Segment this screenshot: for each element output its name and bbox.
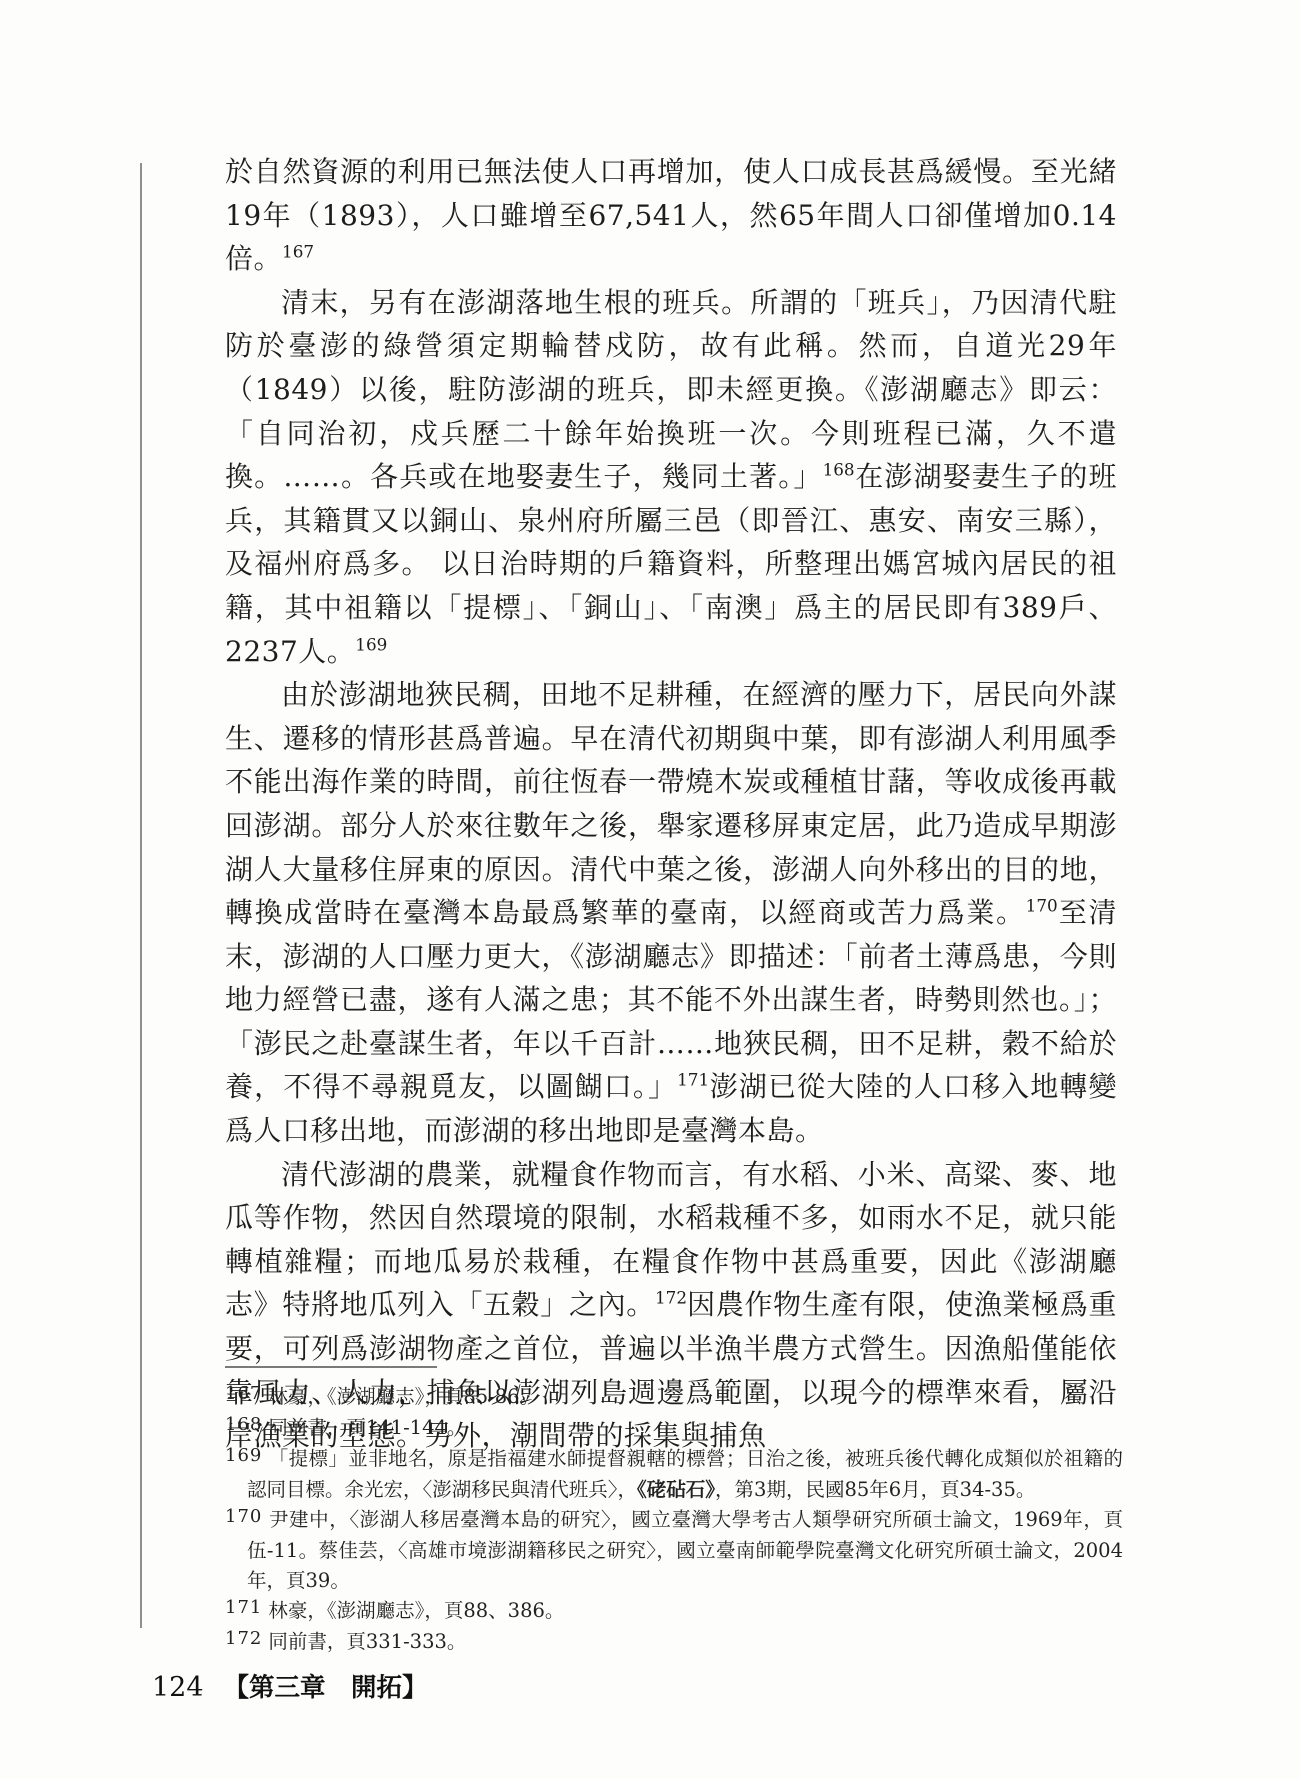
journal-title-bold: 《硓砧石》 (637, 1478, 715, 1501)
footnote: 172同前書，頁331-333。 (225, 1627, 1123, 1658)
chapter-label: 【第三章 開拓】 (224, 1673, 428, 1703)
footnote-number: 170 (225, 1506, 262, 1527)
footnote-number: 167 (225, 1383, 262, 1404)
footnote: 169「提標」並非地名，原是指福建水師提督親轄的標營；日治之後，被班兵後代轉化成… (225, 1444, 1123, 1505)
footnotes-list: 167林豪，《澎湖廳志》，頁85-86。168同前書，頁141-144。169「… (225, 1382, 1123, 1658)
footnote-number: 169 (225, 1445, 262, 1466)
footnote-ref: 170 (1026, 896, 1058, 916)
footnote: 171林豪，《澎湖廳志》，頁88、386。 (225, 1596, 1123, 1627)
footnote-ref: 167 (282, 242, 314, 262)
footnotes-section: 167林豪，《澎湖廳志》，頁85-86。168同前書，頁141-144。169「… (225, 1366, 1123, 1658)
margin-rule (140, 163, 142, 1628)
footnote: 170尹建中，〈澎湖人移居臺灣本島的研究〉，國立臺灣大學考古人類學研究所碩士論文… (225, 1505, 1123, 1596)
footnote-ref: 172 (655, 1288, 687, 1308)
paragraph: 於自然資源的利用已無法使人口再增加，使人口成長甚爲緩慢。至光緒19年（1893）… (225, 150, 1117, 281)
footnote: 168同前書，頁141-144。 (225, 1413, 1123, 1444)
body-text: 於自然資源的利用已無法使人口再增加，使人口成長甚爲緩慢。至光緒19年（1893）… (225, 150, 1117, 1458)
footnote-ref: 171 (677, 1070, 709, 1090)
footnote: 167林豪，《澎湖廳志》，頁85-86。 (225, 1382, 1123, 1413)
page-footer: 124【第三章 開拓】 (152, 1668, 428, 1704)
footnote-number: 171 (225, 1597, 262, 1618)
footnote-number: 172 (225, 1628, 262, 1649)
page-number: 124 (152, 1672, 204, 1703)
page: 於自然資源的利用已無法使人口再增加，使人口成長甚爲緩慢。至光緒19年（1893）… (0, 0, 1300, 1779)
paragraph: 清末，另有在澎湖落地生根的班兵。所謂的「班兵」，乃因清代駐防於臺澎的綠營須定期輪… (225, 281, 1117, 673)
paragraph: 由於澎湖地狹民稠，田地不足耕種，在經濟的壓力下，居民向外謀生、遷移的情形甚爲普遍… (225, 673, 1117, 1153)
footnote-ref: 169 (355, 634, 387, 654)
footnote-number: 168 (225, 1414, 262, 1435)
footnote-separator (225, 1366, 437, 1368)
footnote-ref: 168 (823, 460, 855, 480)
